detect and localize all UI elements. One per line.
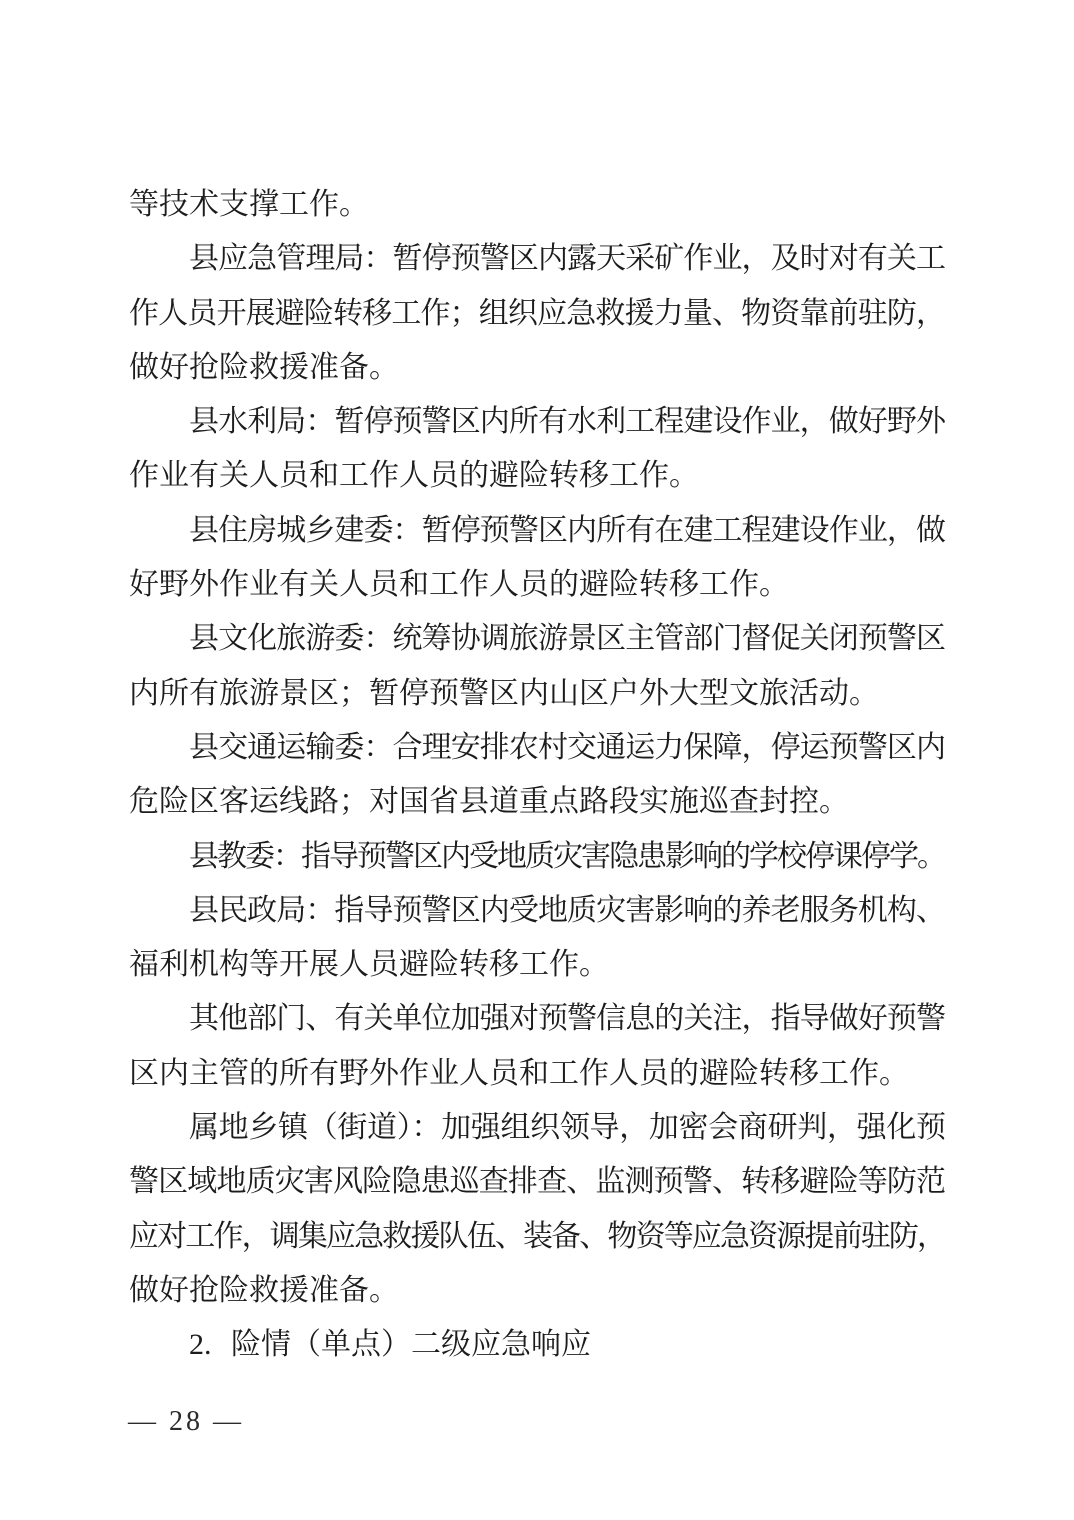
body-line: 内所有旅游景区；暂停预警区内山区户外大型文旅活动。 (129, 667, 945, 721)
body-line: 区内主管的所有野外作业人员和工作人员的避险转移工作。 (129, 1047, 945, 1101)
body-line: 县住房城乡建委：暂停预警区内所有在建工程建设作业，做 (129, 504, 945, 558)
body-line: 属地乡镇（街道）：加强组织领导，加密会商研判，强化预 (129, 1101, 945, 1155)
body-line: 好野外作业有关人员和工作人员的避险转移工作。 (129, 558, 945, 612)
body-line: 县民政局：指导预警区内受地质灾害影响的养老服务机构、 (129, 884, 945, 938)
page-number: — 28 — (128, 1406, 244, 1438)
body-line: 作人员开展避险转移工作；组织应急救援力量、物资靠前驻防， (129, 287, 945, 341)
body-line: 作业有关人员和工作人员的避险转移工作。 (129, 449, 945, 503)
body-line: 应对工作，调集应急救援队伍、装备、物资等应急资源提前驻防， (129, 1210, 945, 1264)
body-line: 县交通运输委：合理安排农村交通运力保障，停运预警区内 (129, 721, 945, 775)
body-line: 县文化旅游委：统筹协调旅游景区主管部门督促关闭预警区 (129, 612, 945, 666)
body-line: 其他部门、有关单位加强对预警信息的关注，指导做好预警 (129, 992, 945, 1046)
body-line: 县水利局：暂停预警区内所有水利工程建设作业，做好野外 (129, 395, 945, 449)
section-heading: 2. 险情（单点）二级应急响应 (129, 1318, 945, 1372)
body-line: 县教委：指导预警区内受地质灾害隐患影响的学校停课停学。 (129, 830, 945, 884)
body-text: 等技术支撑工作。 县应急管理局：暂停预警区内露天采矿作业，及时对有关工 作人员开… (129, 178, 945, 1373)
body-line: 等技术支撑工作。 (129, 178, 945, 232)
body-line: 福利机构等开展人员避险转移工作。 (129, 938, 945, 992)
body-line: 县应急管理局：暂停预警区内露天采矿作业，及时对有关工 (129, 232, 945, 286)
body-line: 危险区客运线路；对国省县道重点路段实施巡查封控。 (129, 775, 945, 829)
body-line: 做好抢险救援准备。 (129, 341, 945, 395)
body-line: 做好抢险救援准备。 (129, 1264, 945, 1318)
document-page: 等技术支撑工作。 县应急管理局：暂停预警区内露天采矿作业，及时对有关工 作人员开… (0, 0, 1074, 1520)
body-line: 警区域地质灾害风险隐患巡查排查、监测预警、转移避险等防范 (129, 1155, 945, 1209)
